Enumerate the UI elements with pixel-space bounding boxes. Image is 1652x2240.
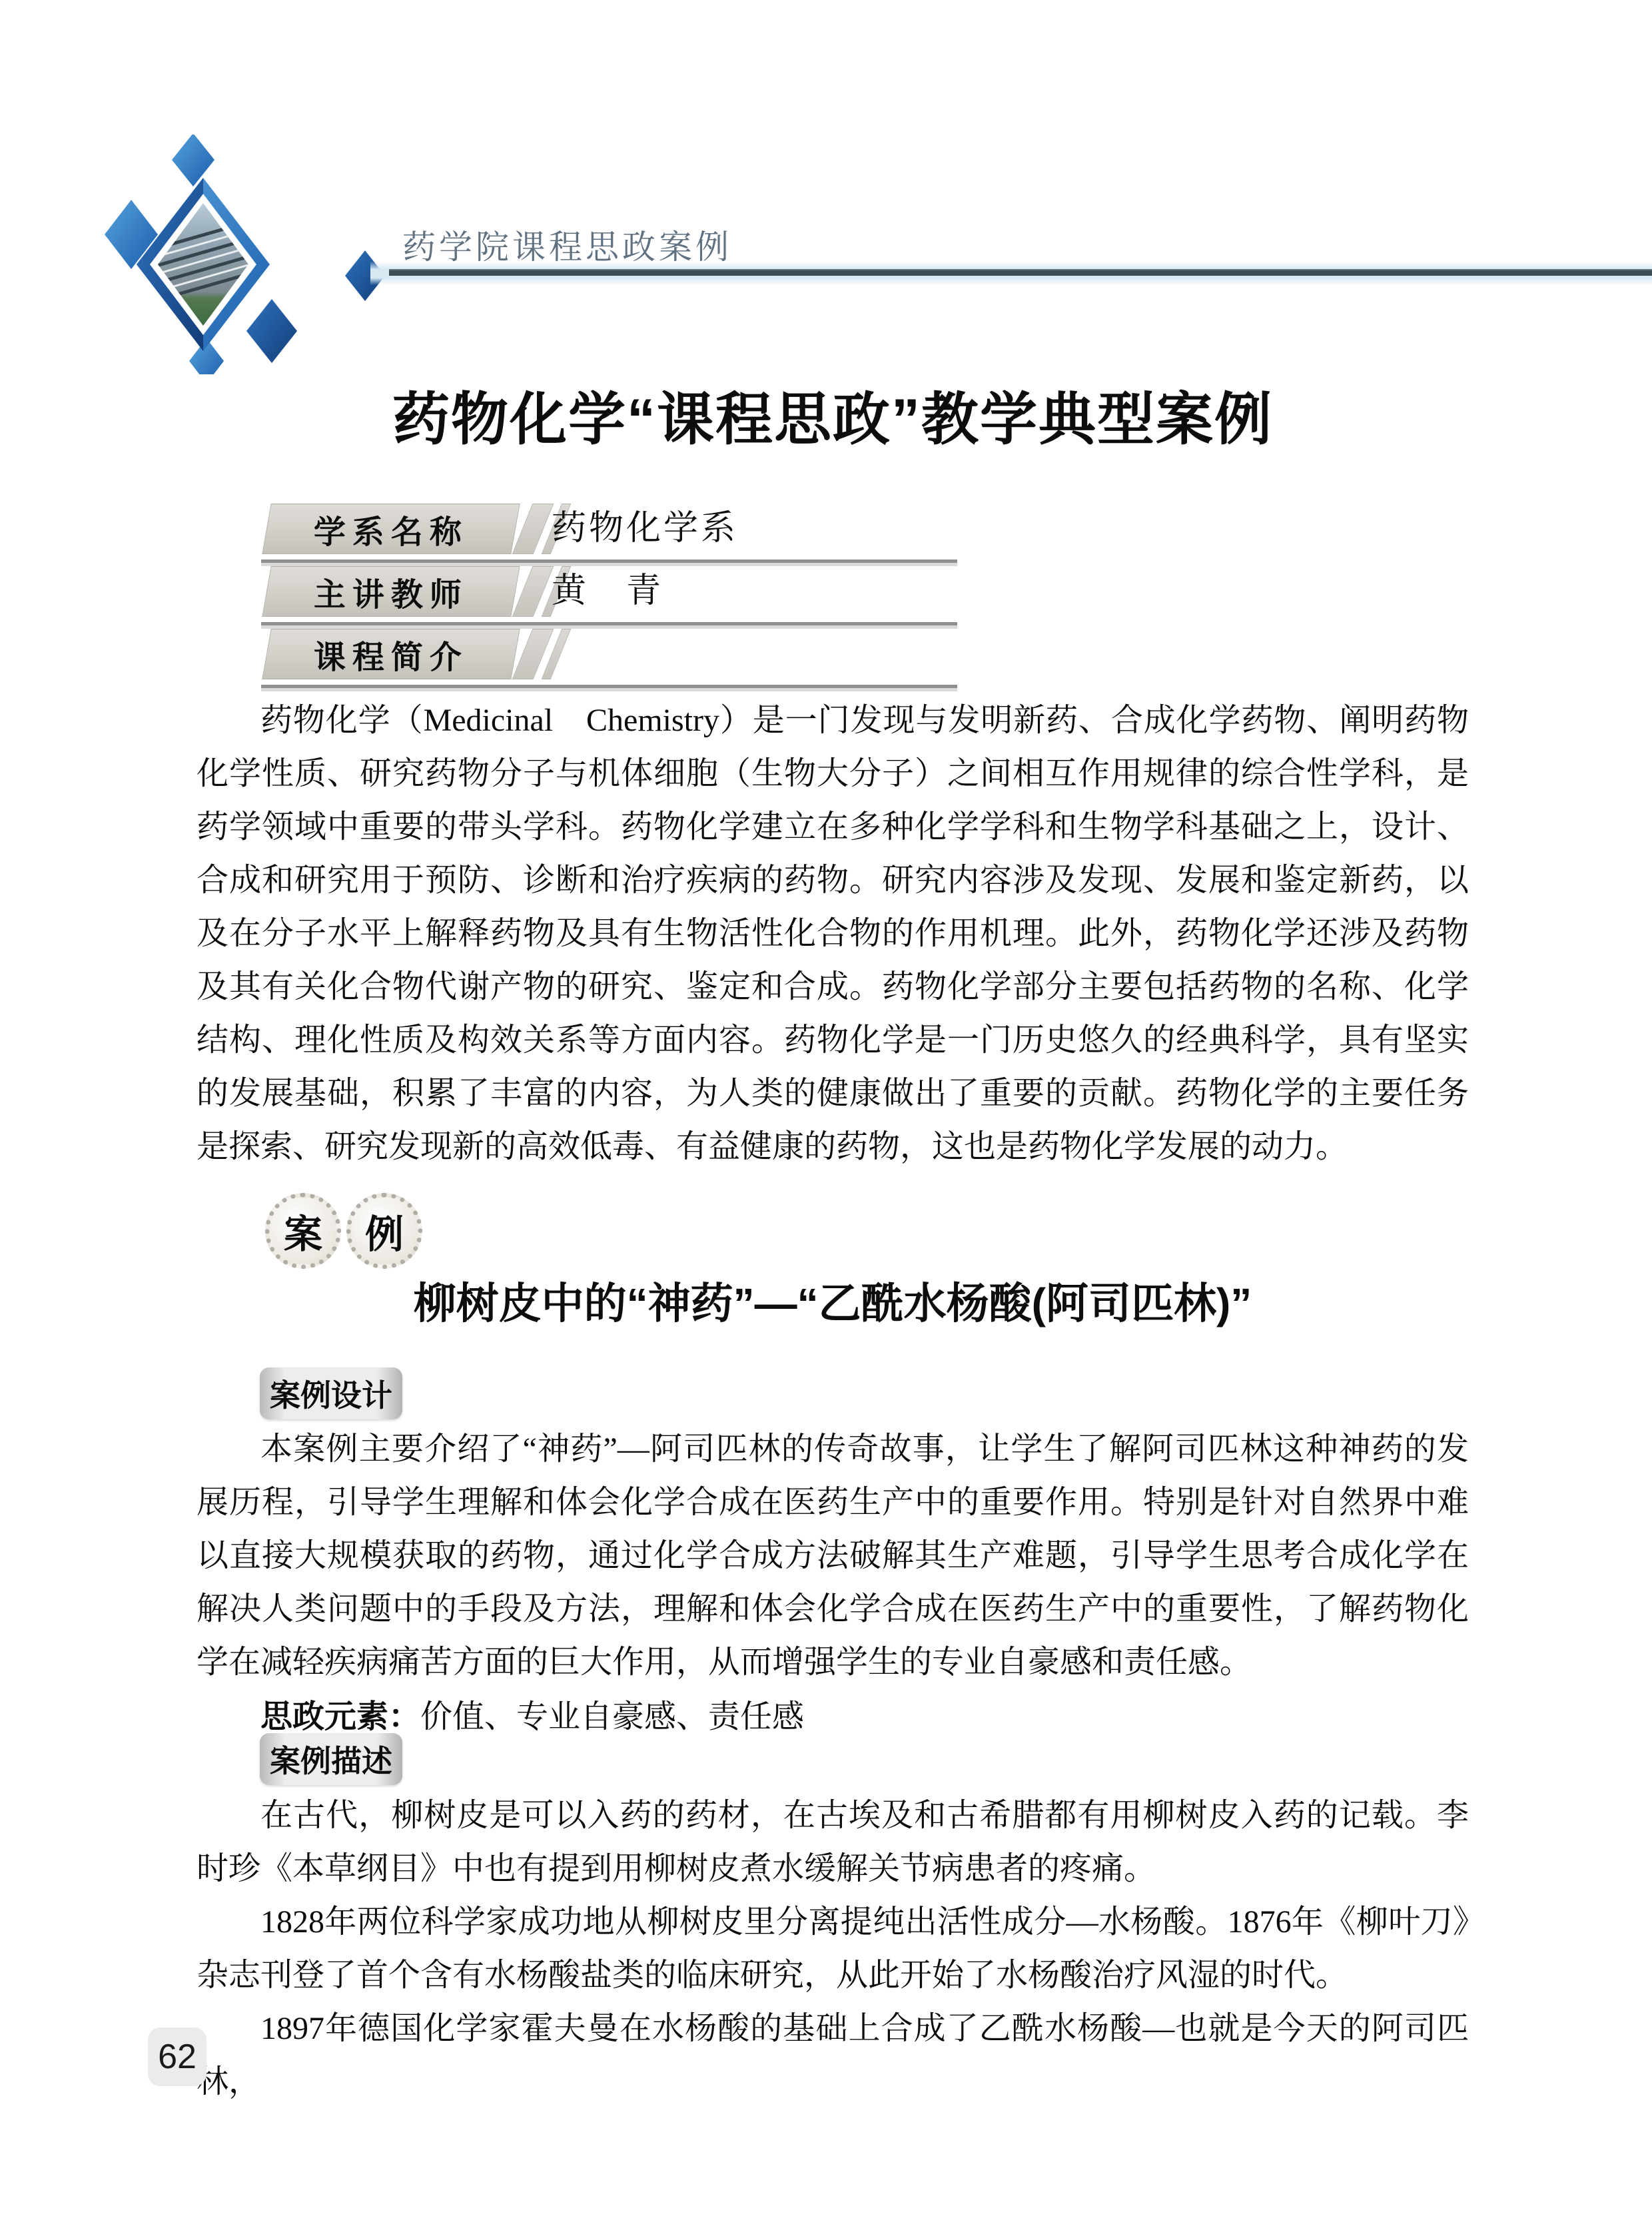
course-intro-paragraph: 药物化学（Medicinal Chemistry）是一门发现与发明新药、合成化学… [197,694,1469,1174]
page-number-badge: 62 [148,2028,206,2086]
field-underline [261,685,957,688]
case-description-paragraph: 1828年两位科学家成功地从柳树皮里分离提纯出活性成分—水杨酸。1876年《柳叶… [197,1896,1469,2002]
field-underline [261,560,957,563]
field-label: 主讲教师 [314,569,468,615]
field-row-teacher: 主讲教师 黄 青 [261,566,967,630]
ideological-elements-value: 价值、专业自豪感、责任感 [420,1699,804,1734]
ideological-elements-label: 思政元素： [260,1699,420,1734]
case-description-block: 在古代，柳树皮是可以入药的药材，在古埃及和古希腊都有用柳树皮入药的记载。李时珍《… [197,1789,1469,2109]
case-title: 柳树皮中的“神药”—“乙酰水杨酸(阿司匹林)” [197,1275,1469,1332]
school-diamond-logo [93,135,406,374]
diamond-logo-graphic [93,135,406,374]
case-design-paragraph: 本案例主要介绍了“神药”—阿司匹林的传奇故事，让学生了解阿司匹林这种神药的发展历… [197,1423,1469,1689]
case-design-tag: 案例设计 [260,1367,402,1419]
field-label-box: 学系名称 [262,504,520,554]
field-label: 学系名称 [314,506,468,552]
field-row-department: 学系名称 药物化学系 [261,504,967,567]
diamond-bottom-right [246,299,297,363]
field-label-box: 主讲教师 [262,566,520,617]
document-page: 药学院课程思政案例 药物化学“课程思政”教学典型案例 学系名称 药物化学系 主讲… [0,0,1652,2240]
case-description-paragraph: 1897年德国化学家霍夫曼在水杨酸的基础上合成了乙酰水杨酸—也就是今天的阿司匹林… [197,2002,1469,2109]
case-badge: 案 例 [265,1193,422,1269]
gear-badge-icon: 例 [346,1193,422,1269]
field-label: 课程简介 [314,631,468,677]
field-row-course-intro: 课程简介 [261,629,967,693]
field-value: 黄 青 [552,570,663,613]
case-description-paragraph: 在古代，柳树皮是可以入药的药材，在古埃及和古希腊都有用柳树皮入药的记载。李时珍《… [197,1789,1469,1896]
gear-badge-icon: 案 [265,1193,341,1269]
case-description-tag: 案例描述 [260,1733,402,1785]
main-title: 药物化学“课程思政”教学典型案例 [197,386,1469,453]
header-title: 药学院课程思政案例 [402,229,732,265]
field-value: 药物化学系 [552,508,738,550]
header-rule [389,269,1652,276]
page-number: 62 [158,2037,197,2077]
field-underline [261,622,957,625]
field-label-box: 课程简介 [262,629,520,679]
diamond-small-top [172,135,214,187]
